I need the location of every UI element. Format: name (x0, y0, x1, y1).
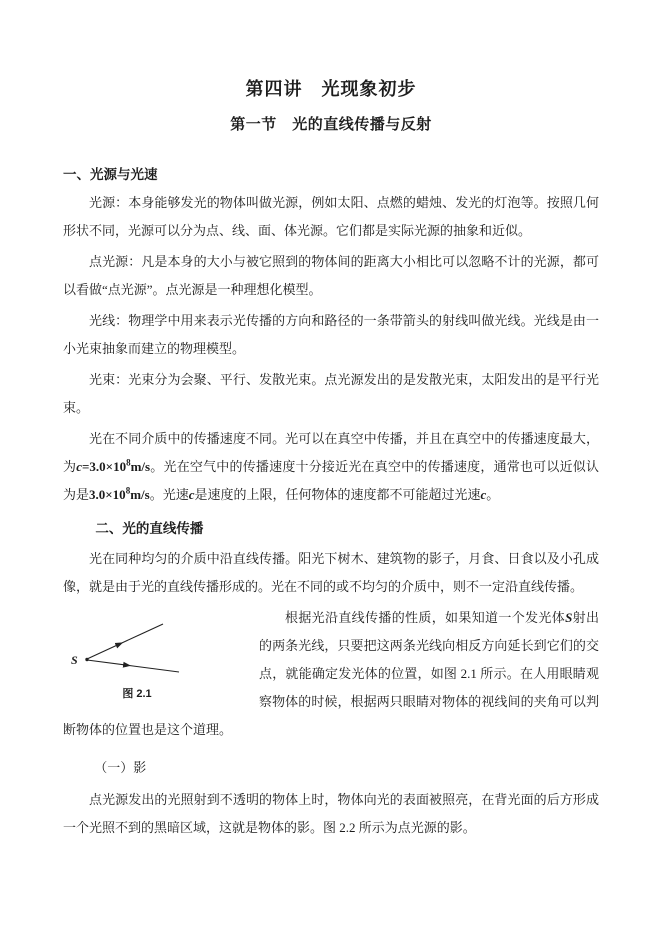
speed-value-2: 3.0×10 (89, 487, 126, 502)
speed-unit-1: m/s (131, 459, 151, 474)
upper-ray (87, 624, 163, 659)
ray-diagram: S (67, 616, 242, 678)
figure-2-1: S 图 2.1 (67, 616, 247, 701)
document-page: 第四讲 光现象初步 第一节 光的直线传播与反射 一、光源与光速 光源：本身能够发… (0, 0, 661, 935)
heading-rectilinear-propagation: 二、光的直线传播 (63, 515, 599, 543)
heading-shadow: （一）影 (63, 754, 599, 782)
para-light-ray: 光线：物理学中用来表示光传播的方向和路径的一条带箭头的射线叫做光线。光线是由一小… (63, 307, 599, 363)
figure-caption: 图 2.1 (67, 685, 207, 701)
light-source-point (85, 658, 88, 661)
para-light-beam: 光束：光束分为会聚、平行、发散光束。点光源发出的是发散光束，太阳发出的是平行光束… (63, 366, 599, 422)
lower-ray (87, 660, 179, 672)
speed-text-3: 。光速 (150, 487, 189, 502)
doc-subtitle: 第一节 光的直线传播与反射 (63, 116, 599, 135)
para-light-source: 光源：本身能够发光的物体叫做光源，例如太阳、点燃的蜡烛、发光的灯泡等。按照几何形… (63, 189, 599, 245)
locate-text-1: 根据光沿直线传播的性质，如果知道一个发光体 (285, 610, 565, 625)
doc-title: 第四讲 光现象初步 (63, 78, 599, 101)
para-shadow: 点光源发出的光照射到不透明的物体上时，物体向光的表面被照亮，在背光面的后方形成一… (63, 786, 599, 842)
speed-text-4: 是速度的上限，任何物体的速度都不可能超过光速 (194, 487, 480, 502)
light-source-label: S (71, 653, 78, 667)
speed-text-5: 。 (486, 487, 499, 502)
heading-light-source-and-speed: 一、光源与光速 (63, 161, 599, 189)
para-light-speed: 光在不同介质中的传播速度不同。光可以在真空中传播，并且在真空中的传播速度最大，为… (63, 425, 599, 509)
para-point-source: 点光源：凡是本身的大小与被它照到的物体间的距离大小相比可以忽略不计的光源，都可以… (63, 248, 599, 304)
speed-unit-2: m/s (130, 487, 150, 502)
para-straight-propagation: 光在同种均匀的介质中沿直线传播。阳光下树木、建筑物的影子，月食、日食以及小孔成像… (63, 545, 599, 601)
speed-equation: =3.0×10 (82, 459, 126, 474)
